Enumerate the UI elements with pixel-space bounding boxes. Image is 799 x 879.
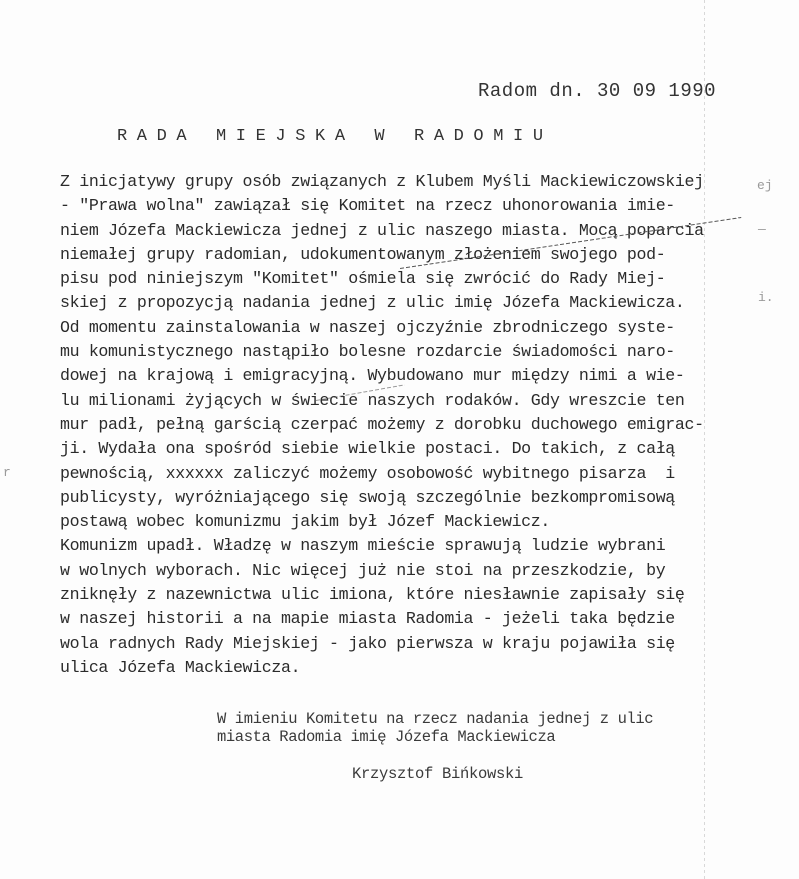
body-line: niem Józefa Mackiewicza jednej z ulic na… (60, 219, 720, 243)
place-and-date: Radom dn. 30 09 1990 (478, 80, 716, 102)
closing-line: miasta Radomia imię Józefa Mackiewicza (217, 728, 653, 746)
body-line: skiej z propozycją nadania jednej z ulic… (60, 291, 720, 315)
body-line: ji. Wydała ona spośród siebie wielkie po… (60, 437, 720, 461)
body-line: pewnością, xxxxxx zaliczyć możemy osobow… (60, 462, 720, 486)
body-line: wola radnych Rady Miejskiej - jako pierw… (60, 632, 720, 656)
letter-heading: RADA MIEJSKA W RADOMIU (117, 127, 553, 146)
signature-name: Krzysztof Bińkowski (352, 765, 523, 783)
margin-mark: i. (758, 290, 774, 305)
scanned-letter-page: Radom dn. 30 09 1990 RADA MIEJSKA W RADO… (0, 0, 799, 879)
margin-mark: ej (757, 178, 773, 193)
body-line: Od momentu zainstalowania w naszej ojczy… (60, 316, 720, 340)
body-line: mu komunistycznego nastąpiło bolesne roz… (60, 340, 720, 364)
margin-mark: — (758, 222, 766, 237)
body-line: publicysty, wyróżniającego się swoją szc… (60, 486, 720, 510)
body-line: lu milionami żyjących w świecie naszych … (60, 389, 720, 413)
closing-block: W imieniu Komitetu na rzecz nadania jedn… (217, 710, 653, 746)
letter-body: Z inicjatywy grupy osób związanych z Klu… (60, 170, 720, 680)
body-line: postawą wobec komunizmu jakim był Józef … (60, 510, 720, 534)
body-line: Komunizm upadł. Władzę w naszym mieście … (60, 534, 720, 558)
body-line: dowej na krajową i emigracyjną. Wybudowa… (60, 364, 720, 388)
body-line: ulica Józefa Mackiewicza. (60, 656, 720, 680)
closing-line: W imieniu Komitetu na rzecz nadania jedn… (217, 710, 653, 728)
body-line: mur padł, pełną garścią czerpać możemy z… (60, 413, 720, 437)
body-line: w naszej historii a na mapie miasta Rado… (60, 607, 720, 631)
body-line: niemałej grupy radomian, udokumentowanym… (60, 243, 720, 267)
body-line: - "Prawa wolna" zawiązał się Komitet na … (60, 194, 720, 218)
body-line: w wolnych wyborach. Nic więcej już nie s… (60, 559, 720, 583)
body-line: zniknęły z nazewnictwa ulic imiona, któr… (60, 583, 720, 607)
margin-mark: r (3, 465, 11, 480)
body-line: Z inicjatywy grupy osób związanych z Klu… (60, 170, 720, 194)
body-line: pisu pod niniejszym "Komitet" ośmiela si… (60, 267, 720, 291)
